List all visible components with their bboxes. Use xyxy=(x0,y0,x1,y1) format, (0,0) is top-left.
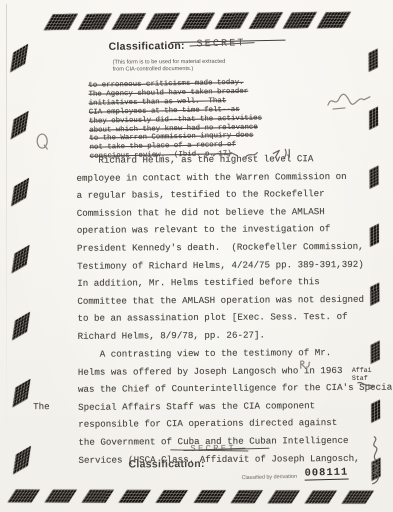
border-diamond xyxy=(78,13,112,30)
classified-by-derivation-caption: Classified by derivation xyxy=(241,474,297,481)
control-number-stamp: 008111 xyxy=(304,467,348,481)
border-diamond xyxy=(156,490,188,503)
text-line: In addition, Mr. Helms testified before … xyxy=(77,273,364,293)
text-line: operation was relevant to the investigat… xyxy=(77,220,364,240)
border-diamond xyxy=(10,44,28,73)
border-diamond xyxy=(369,165,378,188)
text-line: Testimony of Richard Helms, 4/24/75 pp. … xyxy=(77,255,364,275)
text-line: Committee that the AMLASH operation was … xyxy=(77,291,364,311)
border-diamond xyxy=(146,13,180,30)
pencil-note-scribble-icon xyxy=(325,89,373,113)
margin-insert-word: The xyxy=(33,401,50,412)
insert-arrow-icon xyxy=(356,379,376,391)
border-diamond xyxy=(12,379,30,408)
border-diamond xyxy=(7,489,39,502)
text-line: President Kennedy's death. (Rockefeller … xyxy=(77,238,364,258)
border-diamond xyxy=(193,490,225,503)
diamond-border-top xyxy=(48,12,346,30)
border-diamond xyxy=(82,490,114,503)
document-page: Classification: SECRET (This form is to … xyxy=(0,0,393,512)
diamond-border-bottom xyxy=(12,489,370,503)
pencil-check-marks-icon xyxy=(211,145,293,162)
text-line: Special Affairs Staff was the CIA compon… xyxy=(78,396,393,416)
border-diamond xyxy=(248,12,282,29)
scanned-content: Classification: SECRET (This form is to … xyxy=(0,0,393,512)
text-line: to be an assassination plot [Exec. Sess.… xyxy=(77,308,364,328)
border-diamond xyxy=(282,12,316,29)
border-diamond xyxy=(11,178,29,207)
border-diamond xyxy=(214,12,248,29)
border-diamond xyxy=(112,13,146,30)
border-diamond xyxy=(370,224,379,247)
border-diamond xyxy=(13,446,31,475)
border-diamond xyxy=(370,282,379,305)
text-line: employee in contact with the Warren Comm… xyxy=(76,167,363,187)
small-initials-mark-icon xyxy=(298,358,314,371)
margin-scribble-lower-icon xyxy=(368,461,382,487)
form-usage-note: (This form is to be used for material ex… xyxy=(113,59,226,75)
border-diamond xyxy=(119,490,151,503)
circled-mark-icon xyxy=(35,132,50,151)
border-diamond xyxy=(317,12,351,29)
classification-label-bottom: Classification: xyxy=(128,458,204,471)
text-line: from CIA-controlled documents.) xyxy=(113,66,226,74)
text-line: Richard Helms, 8/9/78, pp. 26-27]. xyxy=(77,326,364,346)
secret-stamp-struck-top: SECRET xyxy=(196,38,245,50)
paragraph-helms-testimony: Richard Helms, as the highest level CIAe… xyxy=(76,150,364,346)
text-line: a regular basis, testified to the Rockef… xyxy=(77,185,364,205)
border-diamond xyxy=(230,490,262,503)
text-line: responsible for CIA operations directed … xyxy=(78,414,393,434)
border-diamond xyxy=(45,490,77,503)
text-line: Commission that he did not believe the A… xyxy=(77,203,364,223)
border-diamond xyxy=(44,14,78,31)
text-line: A contrasting view to the testimony of M… xyxy=(78,344,393,364)
text-line: was the Chief of Counterintelligence for… xyxy=(78,379,393,399)
border-diamond xyxy=(341,491,373,504)
border-diamond xyxy=(267,490,299,503)
text-line: Affai xyxy=(352,367,372,375)
border-diamond xyxy=(12,245,30,274)
border-diamond xyxy=(12,312,30,341)
border-diamond xyxy=(180,13,214,30)
border-diamond xyxy=(11,111,29,140)
text-line: Helms was offered by Joseph Langosch who… xyxy=(78,361,393,381)
diamond-border-left xyxy=(12,49,30,469)
margin-scribble-upper-icon xyxy=(366,435,382,463)
border-diamond xyxy=(369,49,378,72)
border-diamond xyxy=(304,490,336,503)
